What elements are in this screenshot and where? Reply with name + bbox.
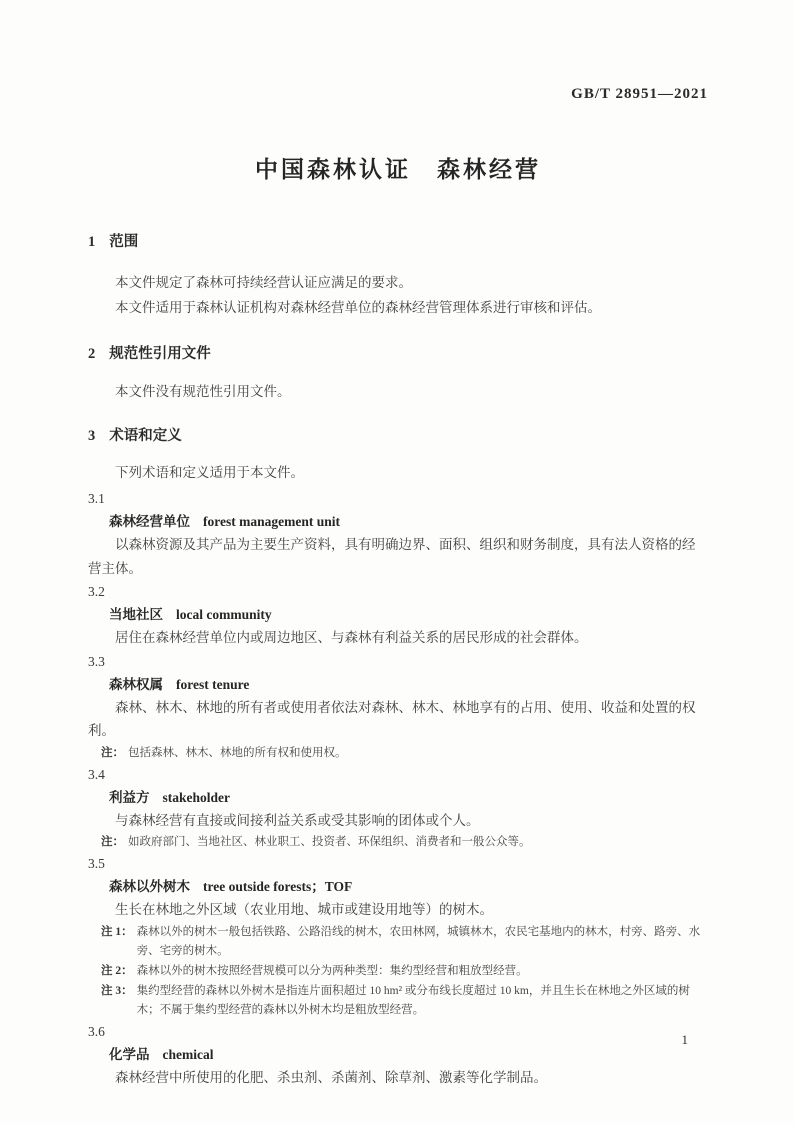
term-name-en: local community xyxy=(176,607,272,622)
note-label: 注 2： xyxy=(101,962,133,981)
term-number: 3.2 xyxy=(88,580,708,603)
note-label: 注 3： xyxy=(101,982,133,1020)
term-note: 注 1： 森林以外的树木一般包括铁路、公路沿线的树木，农田林网，城镇林木，农民宅… xyxy=(88,923,708,961)
term-note: 注： 如政府部门、当地社区、林业职工、投资者、环保组织、消费者和一般公众等。 xyxy=(88,833,708,852)
term-title: 化学品chemical xyxy=(88,1043,708,1066)
term-definition: 以森林资源及其产品为主要生产资料，具有明确边界、面积、组织和财务制度，具有法人资… xyxy=(88,533,708,580)
section-terms-definitions: 3术语和定义 下列术语和定义适用于本文件。 xyxy=(88,424,708,485)
term-name-zh: 利益方 xyxy=(109,790,150,805)
term-name-en: tree outside forests；TOF xyxy=(203,879,352,894)
term-name-zh: 森林以外树木 xyxy=(109,879,190,894)
section-heading-scope: 1范围 xyxy=(88,230,708,251)
section-title: 术语和定义 xyxy=(109,428,182,444)
document-title: 中国森林认证 森林经营 xyxy=(88,151,708,184)
note-text: 集约型经营的森林以外树木是指连片面积超过 10 hm² 或分布线长度超过 10 … xyxy=(137,982,708,1020)
section-heading-terms-definitions: 3术语和定义 xyxy=(88,424,708,445)
section-number: 1 xyxy=(88,234,95,251)
section-scope: 1范围 本文件规定了森林可持续经营认证应满足的要求。 本文件适用于森林认证机构对… xyxy=(88,230,708,320)
term-name-zh: 森林经营单位 xyxy=(109,514,190,529)
term-number: 3.1 xyxy=(88,487,708,510)
term-title: 森林权属forest tenure xyxy=(88,673,708,696)
section-number: 3 xyxy=(88,428,95,445)
term-number: 3.4 xyxy=(88,763,708,786)
note-label: 注 1： xyxy=(101,923,133,961)
page-number: 1 xyxy=(682,1032,689,1048)
term-name-en: stakeholder xyxy=(163,790,231,805)
note-label: 注： xyxy=(101,744,124,763)
standard-number: GB/T 28951—2021 xyxy=(88,86,708,103)
document-page: GB/T 28951—2021 中国森林认证 森林经营 1范围 本文件规定了森林… xyxy=(0,0,794,1123)
term-number: 3.6 xyxy=(88,1020,708,1043)
section-heading-normative-references: 2规范性引用文件 xyxy=(88,342,708,363)
term-title: 利益方stakeholder xyxy=(88,786,708,809)
section-title: 规范性引用文件 xyxy=(109,346,211,362)
note-text: 森林以外的树木一般包括铁路、公路沿线的树木，农田林网，城镇林木，农民宅基地内的林… xyxy=(137,923,708,961)
term-3-2: 3.2 当地社区local community 居住在森林经营单位内或周边地区、… xyxy=(88,580,708,650)
term-definition: 森林经营中所使用的化肥、杀虫剂、杀菌剂、除草剂、激素等化学制品。 xyxy=(88,1066,708,1090)
note-text: 包括森林、林木、林地的所有权和使用权。 xyxy=(128,744,708,763)
term-name-en: chemical xyxy=(163,1047,214,1062)
term-note: 注： 包括森林、林木、林地的所有权和使用权。 xyxy=(88,744,708,763)
term-number: 3.3 xyxy=(88,650,708,673)
note-text: 如政府部门、当地社区、林业职工、投资者、环保组织、消费者和一般公众等。 xyxy=(128,833,708,852)
term-definition: 居住在森林经营单位内或周边地区、与森林有利益关系的居民形成的社会群体。 xyxy=(88,626,708,650)
term-note: 注 2： 森林以外的树木按照经营规模可以分为两种类型：集约型经营和粗放型经营。 xyxy=(88,962,708,981)
section-number: 2 xyxy=(88,346,95,363)
term-title: 森林以外树木tree outside forests；TOF xyxy=(88,875,708,898)
term-3-6: 3.6 化学品chemical 森林经营中所使用的化肥、杀虫剂、杀菌剂、除草剂、… xyxy=(88,1020,708,1090)
paragraph: 下列术语和定义适用于本文件。 xyxy=(88,460,708,485)
section-title: 范围 xyxy=(109,234,138,250)
paragraph: 本文件没有规范性引用文件。 xyxy=(88,379,708,404)
term-3-5: 3.5 森林以外树木tree outside forests；TOF 生长在林地… xyxy=(88,852,708,1020)
note-text: 森林以外的树木按照经营规模可以分为两种类型：集约型经营和粗放型经营。 xyxy=(137,962,708,981)
term-3-1: 3.1 森林经营单位forest management unit 以森林资源及其… xyxy=(88,487,708,580)
terms-list: 3.1 森林经营单位forest management unit 以森林资源及其… xyxy=(88,487,708,1089)
term-note: 注 3： 集约型经营的森林以外树木是指连片面积超过 10 hm² 或分布线长度超… xyxy=(88,982,708,1020)
term-name-en: forest tenure xyxy=(176,677,249,692)
note-label: 注： xyxy=(101,833,124,852)
page-content: GB/T 28951—2021 中国森林认证 森林经营 1范围 本文件规定了森林… xyxy=(0,0,794,1089)
term-name-zh: 当地社区 xyxy=(109,607,163,622)
term-title: 森林经营单位forest management unit xyxy=(88,510,708,533)
term-3-4: 3.4 利益方stakeholder 与森林经营有直接或间接利益关系或受其影响的… xyxy=(88,763,708,853)
paragraph: 本文件适用于森林认证机构对森林经营单位的森林经营管理体系进行审核和评估。 xyxy=(88,295,708,320)
paragraph: 本文件规定了森林可持续经营认证应满足的要求。 xyxy=(88,270,708,295)
term-definition: 生长在林地之外区域（农业用地、城市或建设用地等）的树木。 xyxy=(88,898,708,922)
term-name-zh: 化学品 xyxy=(109,1047,150,1062)
term-3-3: 3.3 森林权属forest tenure 森林、林木、林地的所有者或使用者依法… xyxy=(88,650,708,763)
term-definition: 与森林经营有直接或间接利益关系或受其影响的团体或个人。 xyxy=(88,809,708,833)
term-name-zh: 森林权属 xyxy=(109,677,163,692)
term-number: 3.5 xyxy=(88,852,708,875)
term-name-en: forest management unit xyxy=(203,514,340,529)
section-normative-references: 2规范性引用文件 本文件没有规范性引用文件。 xyxy=(88,342,708,404)
term-definition: 森林、林木、林地的所有者或使用者依法对森林、林木、林地享有的占用、使用、收益和处… xyxy=(88,696,708,743)
term-title: 当地社区local community xyxy=(88,603,708,626)
